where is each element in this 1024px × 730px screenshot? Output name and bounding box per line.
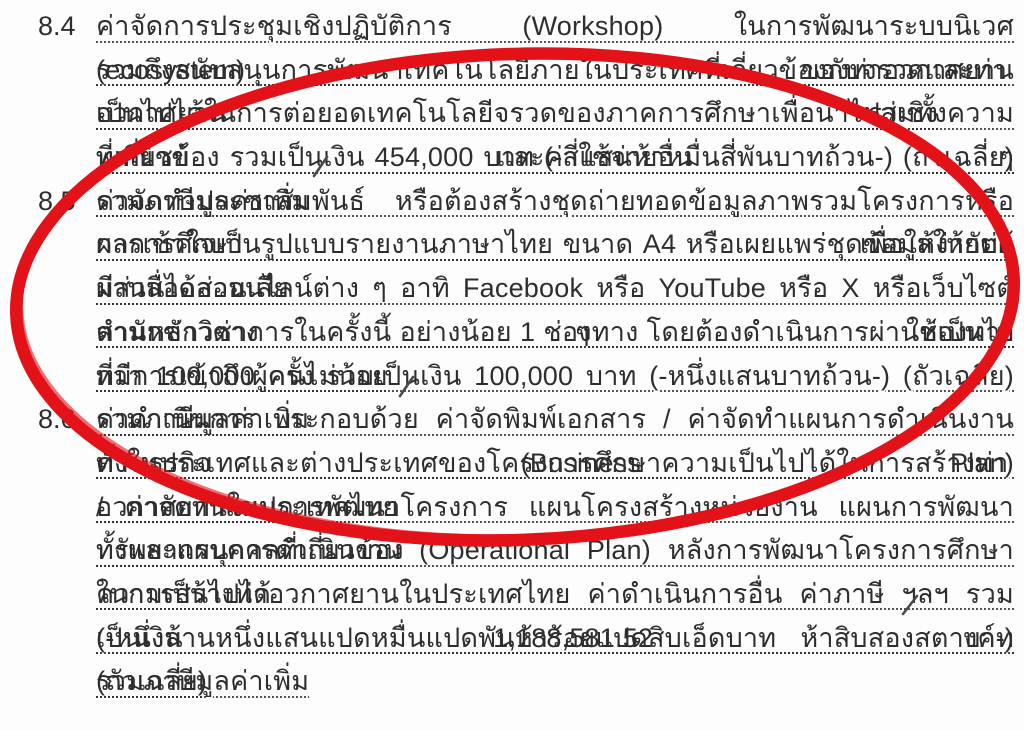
doc-text-line: การเข้าใจเป็นรูปแบบรายงานภาษาไทย ขนาด A4… bbox=[96, 223, 1014, 267]
section-body: ค่าจัดทำประชาสัมพันธ์ หรือต้องสร้างชุดถ่… bbox=[96, 180, 1014, 398]
doc-text-line: เป็นไปได้ในการต่อยอดเทคโนโลยีจรวดของภาคก… bbox=[96, 92, 1014, 136]
section-8-4: 8.4 ค่าจัดการประชุมเชิงปฏิบัติการ (Works… bbox=[38, 5, 1014, 180]
doc-text-line: ผ่านสื่อออออนไลน์ต่าง ๆ อาทิ Facebook หร… bbox=[96, 267, 1014, 311]
section-number: 8.4 bbox=[38, 5, 96, 49]
doc-text-line: กว่า 100,000 ครั้ง รวมเป็นเงิน 100,000 บ… bbox=[96, 355, 1014, 399]
doc-text-line: ค่าจัดทำประชาสัมพันธ์ หรือต้องสร้างชุดถ่… bbox=[96, 180, 1014, 224]
doc-text-line: รวมภาษีมูลค่าเพิ่ม bbox=[96, 660, 1014, 704]
doc-text-line: ค่าจัดการประชุมเชิงปฏิบัติการ (Workshop)… bbox=[96, 5, 1014, 49]
doc-text-line: / ค่าจัดทำแผนการพัฒนาโครงการ แผนโครงสร้า… bbox=[96, 486, 1014, 530]
section-body: ค่าจัดการประชุมเชิงปฏิบัติการ (Workshop)… bbox=[96, 5, 1014, 180]
section-body: ค่าดำเนินการ ประกอบด้วย ค่าจัดพิมพ์เอกสา… bbox=[96, 398, 1014, 704]
section-8-6: 8.6 ค่าดำเนินการ ประกอบด้วย ค่าจัดพิมพ์เ… bbox=[38, 398, 1014, 704]
doc-text-line: ทั้งและแผนการดำเนินงาน (Operational Plan… bbox=[96, 529, 1014, 573]
doc-text-line: ในการสร้างท่าอวกาศยานในประเทศไทย ค่าดำเน… bbox=[96, 573, 1014, 617]
doc-text-line: ค่าดำเนินการ ประกอบด้วย ค่าจัดพิมพ์เอกสา… bbox=[96, 398, 1014, 442]
doc-text-line: ทั้งในประเทศและต่างประเทศของโครงการศึกษา… bbox=[96, 442, 1014, 486]
section-number: 8.5 bbox=[38, 180, 96, 224]
section-number: 8.6 bbox=[38, 398, 96, 442]
section-8-5: 8.5 ค่าจัดทำประชาสัมพันธ์ หรือต้องสร้างช… bbox=[38, 180, 1014, 398]
doc-text-line: รวมถึงสนับสนุนการพัฒนาเทคโนโลยีภายในประเ… bbox=[96, 49, 1014, 93]
document-page: 8.4 ค่าจัดการประชุมเชิงปฏิบัติการ (Works… bbox=[38, 5, 1014, 704]
doc-text-line: ตามหลักวิชาการในครั้งนี้ อย่างน้อย 1 ช่อ… bbox=[96, 311, 1014, 355]
doc-text-line: ที่เกี่ยวข้อง รวมเป็นเงิน 454,000 บาท (-… bbox=[96, 136, 1014, 180]
doc-text-line: (-หนึ่งล้านหนึ่งแสนแปดหมื่นแปดพันห้าร้อย… bbox=[96, 617, 1014, 661]
